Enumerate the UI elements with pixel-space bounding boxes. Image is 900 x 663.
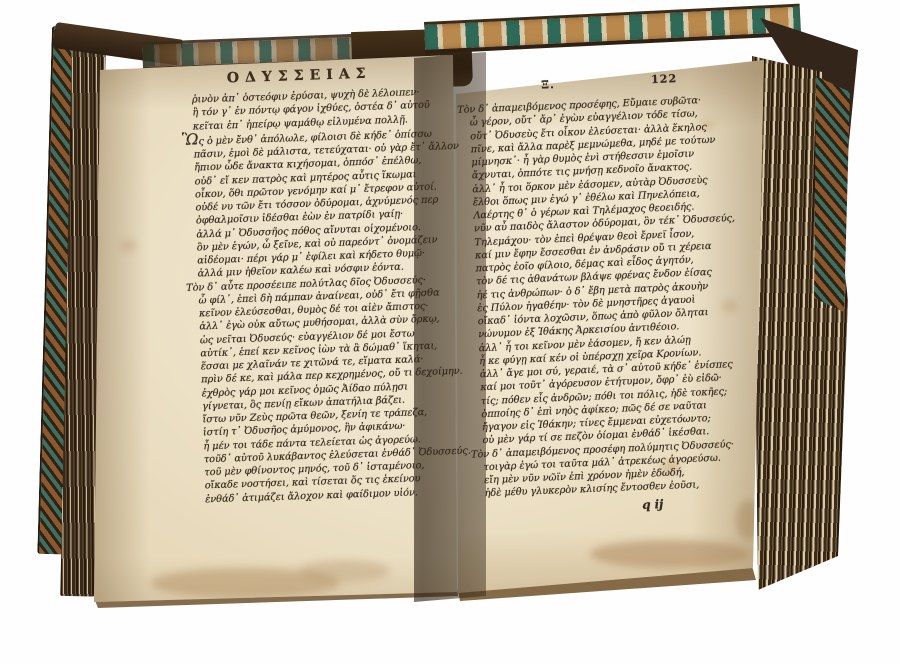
right-page-text: Ξ. 122 Τὸν δ᾽ ἀπαμειβόμενος προσέφης, Εὔ… (455, 68, 772, 518)
left-page-verse-lines: ῥινὸν ἀπ᾽ ὀστεόφιν ἐρύσαι, ψυχὴ δὲ λέλοι… (179, 85, 469, 507)
book-photo: ΟΔΥΣΣΕΙΑΣ ῥινὸν ἀπ᾽ ὀστεόφιν ἐρύσαι, ψυχ… (0, 0, 900, 663)
page-number: 122 (651, 72, 677, 86)
left-page-text: ΟΔΥΣΣΕΙΑΣ ῥινὸν ἀπ᾽ ὀστεόφιν ἐρύσαι, ψυχ… (178, 63, 468, 507)
book-numeral: Ξ. (541, 78, 555, 92)
stain (300, 560, 390, 582)
stain (150, 568, 340, 598)
top-edge-decorated-paper-right (424, 4, 801, 54)
right-page-verse-lines: Τὸν δ᾽ ἀπαμειβόμενος προσέφης, Εὔμαιε συ… (456, 92, 772, 501)
foxing-spot (120, 240, 136, 252)
right-page-headline: Ξ. 122 (455, 68, 755, 96)
stain (590, 540, 750, 568)
